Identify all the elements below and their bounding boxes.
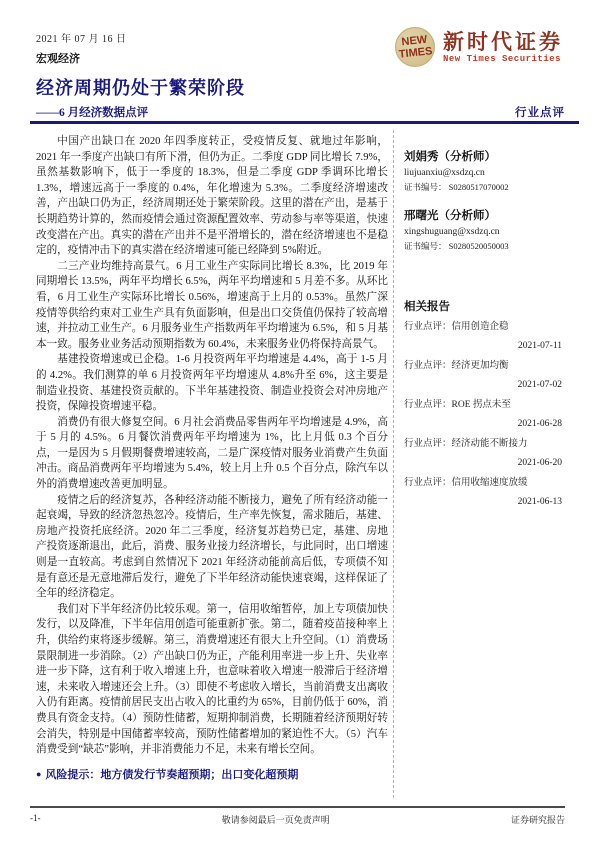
footer-disclaimer: 敬请参阅最后一页免责声明 <box>222 813 330 826</box>
analyst-email: liujuanxiu@xsdzq.cn <box>404 168 568 178</box>
body-paragraph: 二三产业均维持高景气。6 月工业生产实际同比增长 8.3%，比 2019 年同期… <box>36 259 388 353</box>
main-column: 中国产出缺口在 2020 年四季度转正，受疫情反复、就地过年影响，2021 年一… <box>36 134 388 783</box>
body-paragraph: 中国产出缺口在 2020 年四季度转正，受疫情反复、就地过年影响，2021 年一… <box>36 134 388 259</box>
related-report-date: 2021-06-28 <box>404 417 568 431</box>
analyst-block: 邢曙光（分析师） xingshuguang@xsdzq.cn 证书编号： S02… <box>404 207 568 252</box>
report-page: 2021 年 07 月 16 日 宏观经济 NEW TIMES 新时代证券 Ne… <box>0 0 595 842</box>
body-paragraph: 我们对下半年经济仍比较乐观。第一，信用收缩暂停，加上专项债加快发行，以及降准，下… <box>36 602 388 758</box>
related-report-date: 2021-06-20 <box>404 456 568 470</box>
badge-line2: TIMES <box>398 45 433 60</box>
related-report-title: 行业点评：信用创造企稳 <box>404 320 568 334</box>
report-type-label: 行业点评 <box>515 104 565 120</box>
body-paragraph: 疫情之后的经济复苏，各种经济动能不断接力，避免了所有经济动能一起衰竭，导致的经济… <box>36 493 388 602</box>
risk-note: ●风险提示：地方债发行节奏超预期；出口变化超预期 <box>36 767 388 783</box>
risk-text: 风险提示：地方债发行节奏超预期；出口变化超预期 <box>45 769 298 781</box>
related-report-item: 行业点评：经济动能不断接力 2021-06-20 <box>404 437 568 470</box>
analyst-name: 邢曙光（分析师） <box>404 207 568 223</box>
footer: -1- 敬请参阅最后一页免责声明 证券研究报告 <box>30 806 565 826</box>
brand-name-cn: 新时代证券 <box>443 30 563 54</box>
related-report-title: 行业点评：ROE 拐点未至 <box>404 398 568 412</box>
bullet-icon: ● <box>36 769 41 779</box>
sidebar: 刘娟秀（分析师） liujuanxiu@xsdzq.cn 证书编号： S0280… <box>404 134 568 515</box>
report-subtitle: ——6 月经济数据点评 <box>36 104 148 120</box>
related-reports-title: 相关报告 <box>404 298 568 314</box>
related-report-title: 行业点评：信用收缩速度放缓 <box>404 476 568 490</box>
related-report-title: 行业点评：经济动能不断接力 <box>404 437 568 451</box>
footer-page-number: -1- <box>30 813 41 826</box>
body-paragraph: 基建投资增速或已企稳。1-6 月投资两年平均增速是 4.4%，高于 1-5 月的… <box>36 352 388 414</box>
related-report-date: 2021-07-11 <box>404 339 568 353</box>
header-rule <box>30 121 579 124</box>
related-report-title: 行业点评：经济更加均衡 <box>404 359 568 373</box>
related-report-date: 2021-06-13 <box>404 495 568 509</box>
subtitle-row: ——6 月经济数据点评 行业点评 <box>36 104 565 120</box>
report-title: 经济周期仍处于繁荣阶段 <box>36 74 245 100</box>
related-report-item: 行业点评：信用收缩速度放缓 2021-06-13 <box>404 476 568 509</box>
new-times-badge-icon: NEW TIMES <box>395 27 435 67</box>
analyst-name: 刘娟秀（分析师） <box>404 148 568 164</box>
footer-rule <box>30 806 565 808</box>
related-report-item: 行业点评：信用创造企稳 2021-07-11 <box>404 320 568 353</box>
related-report-date: 2021-07-02 <box>404 378 568 392</box>
footer-report-type: 证券研究报告 <box>511 813 565 826</box>
body-paragraph: 消费仍有很大修复空间。6 月社会消费品零售两年平均增速是 4.9%，高于 5 月… <box>36 415 388 493</box>
related-report-item: 行业点评：ROE 拐点未至 2021-06-28 <box>404 398 568 431</box>
brand-logo: NEW TIMES 新时代证券 New Times Securities <box>395 27 563 67</box>
analyst-email: xingshuguang@xsdzq.cn <box>404 227 568 237</box>
analyst-block: 刘娟秀（分析师） liujuanxiu@xsdzq.cn 证书编号： S0280… <box>404 148 568 193</box>
report-category: 宏观经济 <box>36 50 80 66</box>
report-date: 2021 年 07 月 16 日 <box>36 30 127 45</box>
column-divider <box>393 130 394 798</box>
analyst-cert-number: 证书编号： S0280520050003 <box>404 240 568 252</box>
brand-name-en: New Times Securities <box>443 54 563 64</box>
related-report-item: 行业点评：经济更加均衡 2021-07-02 <box>404 359 568 392</box>
analyst-cert-number: 证书编号： S0280517070002 <box>404 181 568 193</box>
